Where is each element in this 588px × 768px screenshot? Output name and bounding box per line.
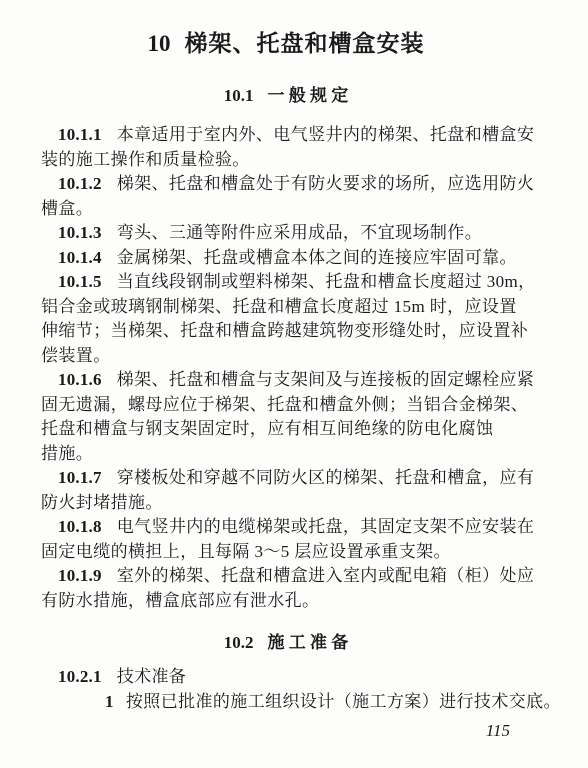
clause-text: 本章适用于室内外、电气竖井内的梯架、托盘和槽盒安 [117,125,535,144]
clause-text: 电气竖井内的电缆梯架或托盘，其固定支架不应安装在 [117,517,535,536]
clause-number: 10.1.4 [58,248,102,267]
clause-line: 10.2.1技术准备 [41,665,531,690]
clause-number: 10.1.6 [58,370,102,389]
clause-line: 防火封堵措施。 [41,491,531,516]
clause-line: 固定电缆的横担上，且每隔 3～5 层应设置承重支架。 [41,540,531,565]
clause-text: 室外的梯架、托盘和槽盒进入室内或配电箱（柜）处应 [117,566,535,585]
section-heading-10-2: 10.2施 工 准 备 [41,630,531,655]
clause-line: 10.1.3弯头、三通等附件应采用成品，不宜现场制作。 [41,221,531,246]
clause-text: 防火封堵措施。 [41,493,163,512]
chapter-number: 10 [148,31,171,56]
clause-line: 装的施工操作和质量检验。 [41,148,531,173]
text-column: 10梯架、托盘和槽盒安装 10.1一 般 规 定 10.1.1本章适用于室内外、… [41,0,531,714]
clause-text: 弯头、三通等附件应采用成品，不宜现场制作。 [117,223,482,242]
page-number: 115 [486,720,510,742]
scanned-document-page: 10梯架、托盘和槽盒安装 10.1一 般 规 定 10.1.1本章适用于室内外、… [0,0,588,768]
section-heading-10-1: 10.1一 般 规 定 [41,83,531,108]
clause-line: 托盘和槽盒与钢支架固定时，应有相互间绝缘的防电化腐蚀 [41,417,531,442]
clause-number: 10.1.7 [58,468,102,487]
section-number: 10.1 [224,86,254,105]
clause-text: 铝合金或玻璃钢制梯架、托盘和槽盒长度超过 15m 时，应设置 [41,297,517,316]
clause-line: 10.1.6梯架、托盘和槽盒与支架间及与连接板的固定螺栓应紧 [41,368,531,393]
clause-number: 10.1.1 [58,125,102,144]
clause-text: 措施。 [41,444,93,463]
clause-text: 伸缩节；当梯架、托盘和槽盒跨越建筑物变形缝处时，应设置补 [41,321,528,340]
chapter-title-text: 梯架、托盘和槽盒安装 [185,31,425,56]
clause-list: 10.1.1本章适用于室内外、电气竖井内的梯架、托盘和槽盒安 装的施工操作和质量… [41,123,531,613]
clause-line: 有防水措施，槽盒底部应有泄水孔。 [41,589,531,614]
clause-text: 梯架、托盘和槽盒处于有防火要求的场所，应选用防火 [117,174,535,193]
clause-number: 10.1.3 [58,223,102,242]
list-item: 1按照已批准的施工组织设计（施工方案）进行技术交底。 [41,690,531,715]
clause-line: 铝合金或玻璃钢制梯架、托盘和槽盒长度超过 15m 时，应设置 [41,295,531,320]
item-number: 1 [105,692,114,711]
clause-text: 金属梯架、托盘或槽盒本体之间的连接应牢固可靠。 [117,248,517,267]
clause-text: 偿装置。 [41,346,111,365]
clause-text: 托盘和槽盒与钢支架固定时，应有相互间绝缘的防电化腐蚀 [41,419,493,438]
clause-line: 10.1.2梯架、托盘和槽盒处于有防火要求的场所，应选用防火 [41,172,531,197]
clause-line: 槽盒。 [41,197,531,222]
clause-line: 固无遗漏，螺母应位于梯架、托盘和槽盒外侧；当铝合金梯架、 [41,393,531,418]
clause-text: 固无遗漏，螺母应位于梯架、托盘和槽盒外侧；当铝合金梯架、 [41,395,528,414]
clause-text: 装的施工操作和质量检验。 [41,150,250,169]
section-number: 10.2 [224,633,254,652]
clause-line: 伸缩节；当梯架、托盘和槽盒跨越建筑物变形缝处时，应设置补 [41,319,531,344]
clause-text: 固定电缆的横担上，且每隔 3～5 层应设置承重支架。 [41,542,451,561]
clause-text: 技术准备 [117,667,187,686]
item-text: 按照已批准的施工组织设计（施工方案）进行技术交底。 [126,692,561,711]
clause-line: 10.1.1本章适用于室内外、电气竖井内的梯架、托盘和槽盒安 [41,123,531,148]
clause-text: 穿楼板处和穿越不同防火区的梯架、托盘和槽盒，应有 [117,468,535,487]
clause-line: 10.1.4金属梯架、托盘或槽盒本体之间的连接应牢固可靠。 [41,246,531,271]
clause-number: 10.1.2 [58,174,102,193]
clause-line: 10.1.8电气竖井内的电缆梯架或托盘，其固定支架不应安装在 [41,515,531,540]
clause-line: 10.1.5当直线段钢制或塑料梯架、托盘和槽盒长度超过 30m， [41,270,531,295]
section-title-text: 一 般 规 定 [268,86,349,105]
clause-number: 10.1.8 [58,517,102,536]
clause-line: 10.1.9室外的梯架、托盘和槽盒进入室内或配电箱（柜）处应 [41,564,531,589]
clause-number: 10.2.1 [58,667,102,686]
clause-text: 当直线段钢制或塑料梯架、托盘和槽盒长度超过 30m， [117,272,536,291]
clause-line: 措施。 [41,442,531,467]
clause-number: 10.1.9 [58,566,102,585]
clause-line: 10.1.7穿楼板处和穿越不同防火区的梯架、托盘和槽盒，应有 [41,466,531,491]
section-title-text: 施 工 准 备 [268,633,349,652]
clause-text: 槽盒。 [41,199,93,218]
clause-text: 有防水措施，槽盒底部应有泄水孔。 [41,591,319,610]
clause-line: 偿装置。 [41,344,531,369]
clause-number: 10.1.5 [58,272,102,291]
chapter-title: 10梯架、托盘和槽盒安装 [41,27,531,60]
clause-text: 梯架、托盘和槽盒与支架间及与连接板的固定螺栓应紧 [117,370,535,389]
